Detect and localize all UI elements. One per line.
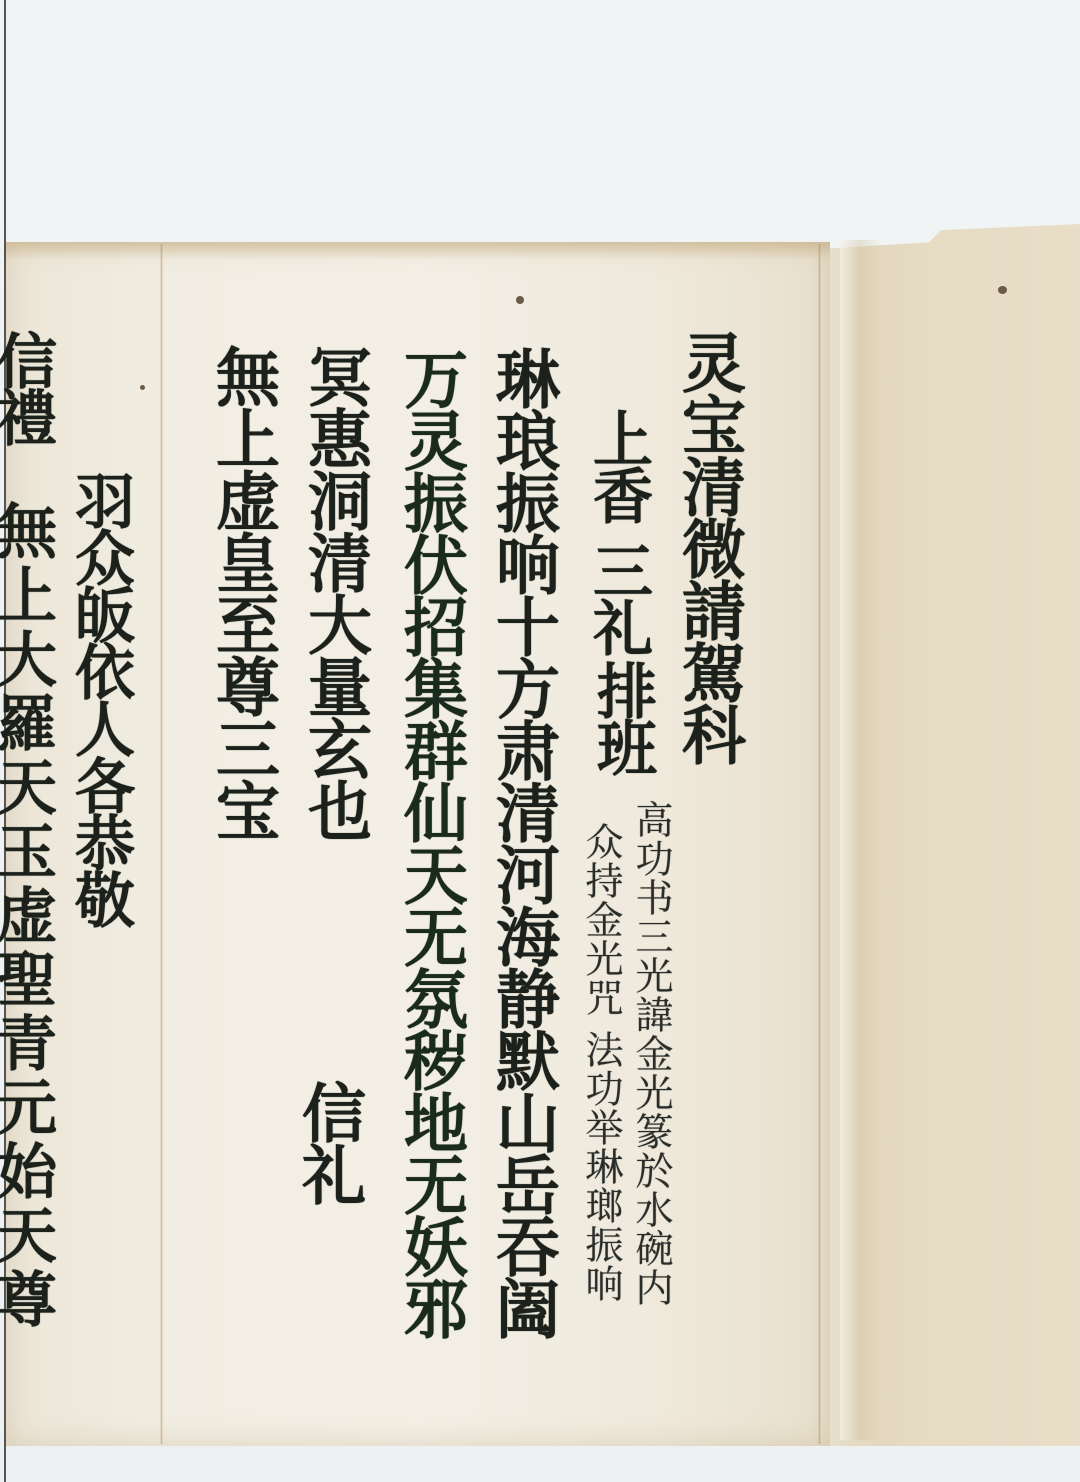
- ink-spot: [140, 385, 145, 390]
- rite-step-offer-incense: 上香: [588, 408, 648, 522]
- fold-line-left: [160, 244, 163, 1444]
- verse-column-3: 冥惠洞清大量玄也: [302, 344, 366, 840]
- annotation-high-priest: 高功书三光諱金光篆於水碗内: [632, 800, 670, 1307]
- left-column-assembly: 羽众皈依人各恭敬: [70, 470, 130, 926]
- paper-crease: [840, 240, 880, 1440]
- annotation-ritual-master: 法功举琳瑯振响: [582, 1030, 620, 1303]
- verse-column-1: 琳琅振响十方肃清河海静默山岳吞阖: [490, 346, 554, 1338]
- left-edge-column-a: 信禮: [0, 330, 52, 444]
- rite-step-three-bows: 三礼: [588, 540, 648, 654]
- verse-column-3-bow: 信礼: [296, 1080, 360, 1204]
- fold-line-right: [818, 244, 821, 1444]
- verse-column-2: 万灵振伏招集群仙天无氛秽地无妖邪: [398, 346, 462, 1338]
- ink-spot: [516, 296, 524, 304]
- annotation-assembly-chant: 众持金光咒: [582, 822, 620, 1017]
- rite-step-line-up: 排班: [592, 660, 652, 774]
- ink-spot: [998, 286, 1007, 294]
- paper-top-stain: [6, 242, 830, 260]
- verse-column-4: 無上虚皇至尊三宝: [210, 344, 274, 840]
- manuscript-title: 灵宝清微請駕科: [676, 330, 740, 764]
- left-edge-column-b: 無上大羅天玉虚聖青元始天尊: [0, 500, 52, 1332]
